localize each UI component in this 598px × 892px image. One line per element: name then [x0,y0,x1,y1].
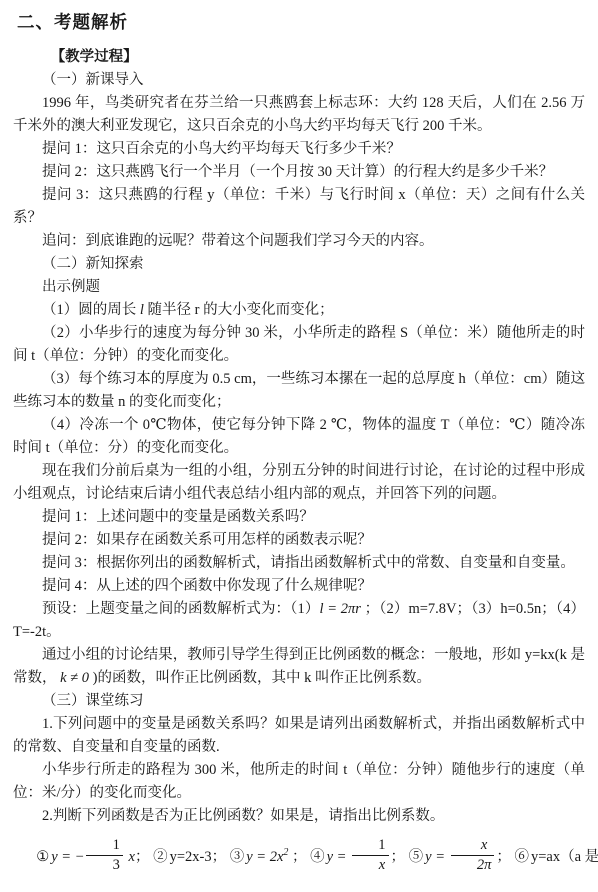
document-page: 二、考题解析 【教学过程】 （一）新课导入 1996 年，鸟类研究者在芬兰给一只… [0,0,598,892]
formula-3-expr: y = 2x [246,849,283,865]
preset-paragraph: 预设：上题变量之间的函数解析式为：（1）l = 2πr ；（2）m=7.8V；（… [13,598,585,644]
example-1: （1）圆的周长 l 随半径 r 的大小变化而变化； [13,299,585,322]
formula-2: ②y=2x-3； [153,849,226,865]
show-examples-label: 出示例题 [13,276,585,299]
exercise-2: 2.判断下列函数是否为正比例函数？如果是，请指出比例系数。 [13,805,585,828]
section2-heading: （二）新知探索 [13,253,585,276]
formula-1-fraction: 13 [86,837,122,873]
formula-5-fraction: x2π [451,837,495,873]
formula-1-lhs: y = − [51,849,84,865]
section1-question-2: 提问 2：这只燕鸥飞行一个半月（一个月按 30 天计算）的行程大约是多少千米？ [13,161,585,184]
intro-paragraph: 1996 年，鸟类研究者在芬兰给一只燕鸥套上标志环：大约 128 天后，人们在 … [13,92,585,138]
section2-question-1: 提问 1：上述问题中的变量是函数关系吗？ [13,506,585,529]
example-4: （4）冷冻一个 0℃物体，使它每分钟下降 2 ℃，物体的温度 T（单位：℃）随冷… [13,414,585,460]
example-2: （2）小华步行的速度为每分钟 30 米，小华所走的路程 S（单位：米）随他所走的… [13,322,585,368]
circled-3: ③ [230,849,245,865]
example-3: （3）每个练习本的厚度为 0.5 cm，一些练习本摞在一起的总厚度 h（单位：c… [13,368,585,414]
page-title: 二、考题解析 [17,10,585,34]
circled-1: ① [36,849,49,865]
formula-3: ③y = 2x2 ； [230,849,307,865]
circled-6: ⑥ [514,849,529,865]
exercise-1-detail: 小华步行所走的路程为 300 米，他所走的时间 t（单位：分钟）随他步行的速度（… [13,759,585,805]
section1-question-3: 提问 3：这只燕鸥的行程 y（单位：千米）与飞行时间 x（单位：天）之间有什么关… [13,184,585,230]
section3-heading: （三）课堂练习 [13,690,585,713]
section1-question-1: 提问 1：这只百余克的小鸟大约平均每天飞行多少千米？ [13,138,585,161]
section2-question-4: 提问 4：从上述的四个函数中你发现了什么规律呢？ [13,575,585,598]
preset-math: l = 2πr [319,601,360,617]
teaching-process-heading: 【教学过程】 [13,46,585,69]
circled-4: ④ [310,849,325,865]
example-1-pre: （1）圆的周长 [42,302,140,318]
formula-4-lhs: y = [327,849,350,865]
section1-heading: （一）新课导入 [13,69,585,92]
exercise-1: 1.下列问题中的变量是函数关系吗？如果是请列出函数解析式，并指出函数解析式中的常… [13,713,585,759]
section2-question-2: 提问 2：如果存在函数关系可用怎样的函数表示呢？ [13,529,585,552]
formula-5-lhs: y = [425,849,448,865]
formula-6: ⑥y=ax（a 是常数）。 [514,849,598,865]
concept-math: k ≠ 0 [60,670,89,686]
example-1-post: 随半径 r 的大小变化而变化； [144,302,334,318]
formula-1: ①y = −13 x； [36,849,149,865]
preset-pre: 预设：上题变量之间的函数解析式为：（1） [42,601,319,617]
formula-6-expr: y=ax（a 是常数）。 [531,849,598,865]
formula-2-expr: y=2x-3 [170,849,212,865]
concept-post: )的函数，叫作正比例函数，其中 k 叫作正比例系数。 [89,670,431,686]
formula-1-var: x [125,849,135,865]
section2-question-3: 提问 3：根据你列出的函数解析式，请指出函数解析式中的常数、自变量和自变量。 [13,552,585,575]
concept-paragraph: 通过小组的讨论结果，教师引导学生得到正比例函数的概念：一般地，形如 y=kx(k… [13,644,585,690]
section1-followup: 追问：到底谁跑的远呢？带着这个问题我们学习今天的内容。 [13,230,585,253]
formula-list: ①y = −13 x； ②y=2x-3； ③y = 2x2 ； ④y = 1x；… [13,828,585,882]
discussion-paragraph: 现在我们分前后桌为一组的小组，分别五分钟的时间进行讨论，在讨论的过程中形成小组观… [13,460,585,506]
formula-4-fraction: 1x [352,837,388,873]
formula-4: ④y = 1x； [310,849,405,865]
circled-5: ⑤ [409,849,424,865]
circled-2: ② [153,849,168,865]
formula-5: ⑤y = x2π； [409,849,511,865]
